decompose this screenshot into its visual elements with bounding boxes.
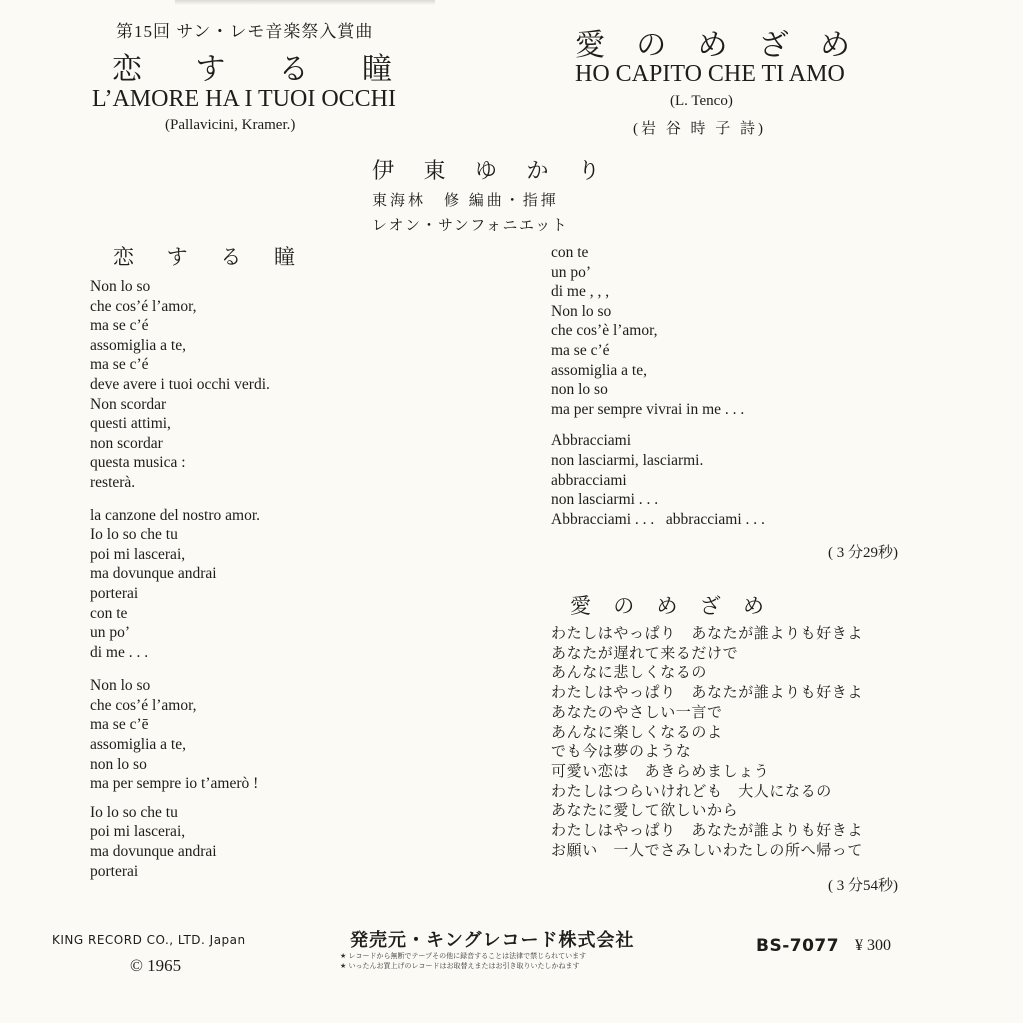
lyric-line: che cos’é l’amor, (90, 297, 270, 317)
song1-heading: 恋 す る 瞳 (113, 241, 295, 271)
title-char: め (820, 20, 850, 64)
lyric-line: ma dovunque andrai (90, 564, 270, 584)
lyrics-stanza: Io lo so che tu poi mi lascerai, ma dovu… (90, 803, 270, 881)
lyric-line: わたしはやっぱり あなたが誰よりも好きよ (551, 625, 863, 645)
notice-line: ★ レコードから無断でテープその他に録音することは法律で禁じられています (340, 951, 586, 961)
lyric-line: ma se c’ē (90, 715, 270, 735)
lyric-line: ma per sempre io t’amerò ! (90, 774, 270, 794)
lyric-line: お願い 一人でさみしいわたしの所へ帰って (551, 842, 863, 862)
lyrics-stanza: con te un po’ di me , , , Non lo so che … (551, 243, 765, 419)
title-char: 愛 (575, 20, 605, 64)
lyrics-stanza: Non lo so che cos’é l’amor, ma se c’ē as… (90, 676, 270, 794)
lyric-line: non lasciarmi, lasciarmi. (551, 451, 765, 471)
lyric-line: che cos’è l’amor, (551, 321, 765, 341)
lyric-line: di me . . . (90, 643, 270, 663)
lyric-line: ma se c’é (90, 355, 270, 375)
lyric-line: la canzone del nostro amor. (90, 506, 270, 526)
song1-lyrics-right: con te un po’ di me , , , Non lo so che … (551, 243, 765, 543)
lyric-line: con te (551, 243, 765, 263)
lyric-line: di me , , , (551, 282, 765, 302)
orchestra-credit: レオン・サンフォニエット (372, 214, 600, 235)
lyric-line: でも今は夢のような (551, 743, 863, 763)
price: ¥ 300 (855, 937, 891, 955)
song1-duration: ( 3 分29秒) (828, 541, 898, 562)
lyric-line: Non scordar (90, 395, 270, 415)
lyric-line: Abbracciami (551, 431, 765, 451)
lyric-line: あなたに愛して欲しいから (551, 802, 863, 822)
lyric-line: Non lo so (551, 302, 765, 322)
paper-scuff (175, 0, 435, 5)
title-char: ざ (759, 20, 789, 64)
lyric-line: poi mi lascerai, (90, 822, 270, 842)
title-char: 瞳 (362, 44, 392, 88)
lyric-line: resterà. (90, 473, 270, 493)
lyric-line: assomiglia a te, (90, 336, 270, 356)
lyrics-stanza: Abbracciami non lasciarmi, lasciarmi. ab… (551, 431, 765, 529)
distributor-name: 発売元・キングレコード株式会社 (350, 926, 634, 952)
record-company: KING RECORD CO., LTD. Japan (52, 933, 246, 947)
lyric-line: porterai (90, 584, 270, 604)
lyric-line: あなたが遅れて来るだけで (551, 645, 863, 665)
lyric-line: Io lo so che tu (90, 525, 270, 545)
side-a-title-jp: 恋 す る 瞳 (112, 44, 392, 88)
side-b-title-jp: 愛 の め ざ め (575, 20, 850, 64)
arranger-credit: 東海林 修 編曲・指揮 (372, 189, 600, 210)
lyric-line: ma dovunque andrai (90, 842, 270, 862)
lyric-line: assomiglia a te, (551, 361, 765, 381)
lyric-line: Non lo so (90, 277, 270, 297)
lyric-line: che cos’é l’amor, (90, 696, 270, 716)
lyric-line: abbracciami (551, 471, 765, 491)
lyric-line: non lo so (551, 380, 765, 400)
song2-heading: 愛 の め ざ め (570, 590, 764, 620)
lyric-line: con te (90, 604, 270, 624)
lyric-line: Io lo so che tu (90, 803, 270, 823)
title-char: 恋 (112, 44, 142, 88)
lyric-line: あんなに楽しくなるのよ (551, 724, 863, 744)
lyric-line: questi attimi, (90, 414, 270, 434)
lyric-line: poi mi lascerai, (90, 545, 270, 565)
lyric-line: porterai (90, 862, 270, 882)
notice-line: ★ いったんお買上げのレコードはお取替えまたはお引き取りいたしかねます (340, 961, 586, 971)
title-char: の (636, 20, 666, 64)
side-b-title-it: HO CAPITO CHE TI AMO (575, 61, 845, 88)
lyric-line: deve avere i tuoi occhi verdi. (90, 375, 270, 395)
lyric-line: Non lo so (90, 676, 270, 696)
title-char: る (279, 44, 309, 88)
lyric-line: ma per sempre vivrai in me . . . (551, 400, 765, 420)
lyric-line: assomiglia a te, (90, 735, 270, 755)
lyric-line: questa musica : (90, 453, 270, 473)
lyric-line: non lasciarmi . . . (551, 490, 765, 510)
song1-lyrics-left: Non lo so che cos’é l’amor, ma se c’é as… (90, 277, 270, 895)
lyric-line: あなたのやさしい一言で (551, 704, 863, 724)
artist-name: 伊 東 ゆ か り (372, 154, 600, 185)
title-char: す (195, 44, 225, 88)
song2-duration: ( 3 分54秒) (828, 874, 898, 895)
lyric-line: ma se c’é (90, 316, 270, 336)
lyrics-stanza: Non lo so che cos’é l’amor, ma se c’é as… (90, 277, 270, 493)
lyrics-stanza: la canzone del nostro amor. Io lo so che… (90, 506, 270, 663)
title-char: め (698, 20, 728, 64)
artist-credits: 伊 東 ゆ か り 東海林 修 編曲・指揮 レオン・サンフォニエット (372, 154, 600, 235)
lyric-line: わたしはやっぱり あなたが誰よりも好きよ (551, 822, 863, 842)
catalog-number: BS-7077 (756, 936, 839, 956)
lyric-line: non scordar (90, 434, 270, 454)
lyric-line: ma se c’é (551, 341, 765, 361)
song2-lyrics: わたしはやっぱり あなたが誰よりも好きよ あなたが遅れて来るだけで あんなに悲し… (551, 625, 863, 861)
lyric-line: あんなに悲しくなるの (551, 664, 863, 684)
side-b-lyricist: (岩 谷 時 子 詩) (633, 117, 766, 138)
lyric-line: un po’ (90, 623, 270, 643)
award-line: 第15回 サン・レモ音楽祭入賞曲 (116, 17, 373, 42)
side-a-composers: (Pallavicini, Kramer.) (165, 117, 295, 134)
lyric-line: わたしはつらいけれども 大人になるの (551, 783, 863, 803)
lyric-line: non lo so (90, 755, 270, 775)
lyric-line: Abbracciami . . . abbracciami . . . (551, 510, 765, 530)
lyric-line: un po’ (551, 263, 765, 283)
lyric-line: わたしはやっぱり あなたが誰よりも好きよ (551, 684, 863, 704)
legal-notices: ★ レコードから無断でテープその他に録音することは法律で禁じられています ★ い… (340, 951, 586, 971)
lyric-line: 可愛い恋は あきらめましょう (551, 763, 863, 783)
copyright-year: © 1965 (130, 956, 181, 976)
side-b-composer: (L. Tenco) (670, 93, 733, 110)
side-a-title-it: L’AMORE HA I TUOI OCCHI (92, 86, 396, 113)
